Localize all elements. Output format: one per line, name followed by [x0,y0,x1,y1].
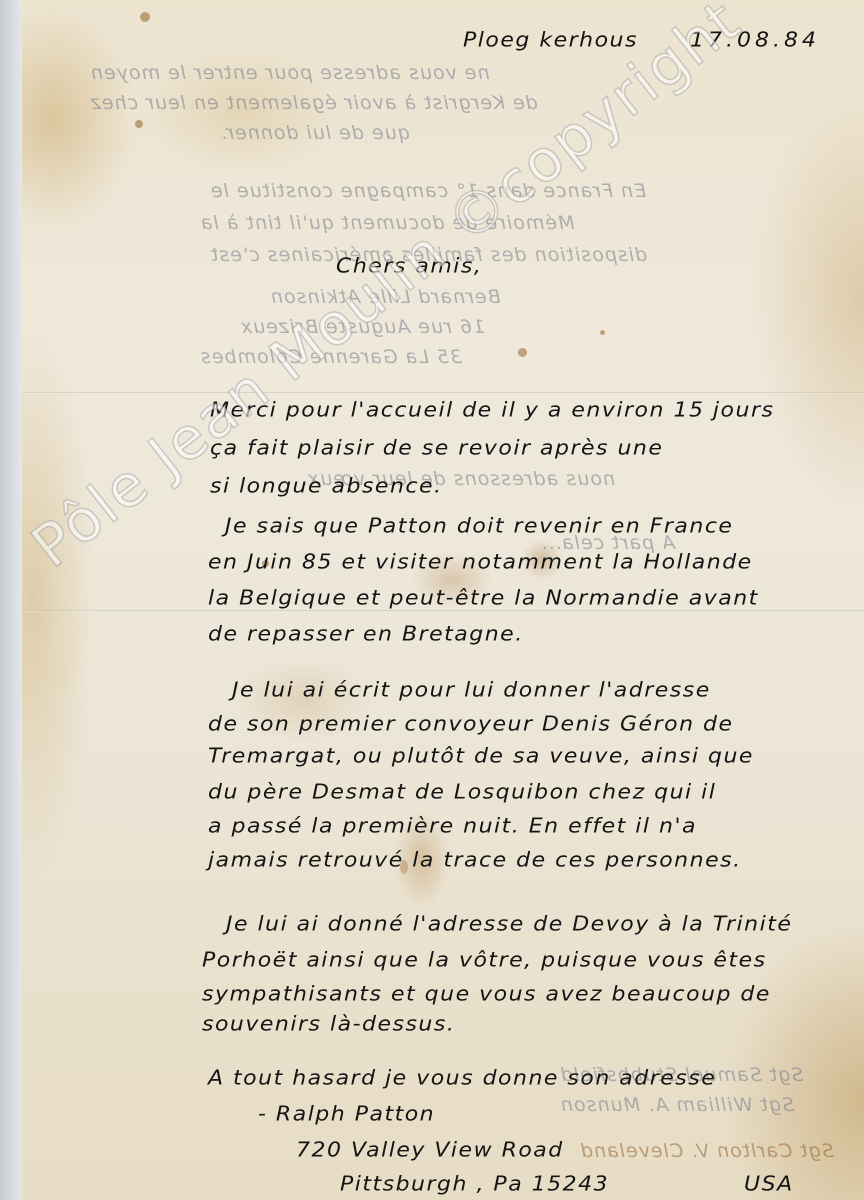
paragraph-line: Je lui ai donné l'adresse de Devoy à la … [226,913,792,936]
paper-fold-line [22,610,864,612]
bleed-through-text: En France dans 1° campagne constitue le [210,180,646,202]
closing-line: A tout hasard je vous donne son adresse [208,1067,716,1090]
paragraph-line: du père Desmat de Losquibon chez qui il [208,781,716,804]
paragraph-line: la Belgique et peut-être la Normandie av… [208,587,759,610]
address-street: 720 Valley View Road [296,1139,564,1162]
paragraph-line: Porhoët ainsi que la vôtre, puisque vous… [202,949,767,972]
address-country: USA [744,1173,794,1196]
stain-spot [518,348,527,357]
bleed-through-text: Sgt William A. Munson [560,1094,794,1116]
bleed-through-text: que de lui donner. [220,122,410,144]
paragraph-line: de son premier convoyeur Denis Géron de [208,713,734,736]
bleed-through-text: Sgt Carlton V. Cleveland [580,1140,834,1162]
letter-place: Ploeg kerhous [463,29,638,52]
stain-spot [135,120,143,128]
paragraph-line: Je sais que Patton doit revenir en Franc… [225,515,733,538]
paragraph-line: si longue absence. [210,475,443,498]
paragraph-line: sympathisants et que vous avez beaucoup … [202,983,771,1006]
bleed-through-text: ne vous adresse pour entrer le moyen [90,62,490,84]
paragraph-line: Tremargat, ou plutôt de sa veuve, ainsi … [208,745,754,768]
paragraph-line: ça fait plaisir de se revoir après une [210,437,663,460]
stain-spot [600,330,605,335]
address-city: Pittsburgh , Pa 15243 [340,1173,609,1196]
paragraph-line: Merci pour l'accueil de il y a environ 1… [210,399,774,422]
stain-spot [140,12,150,22]
paragraph-line: a passé la première nuit. En effet il n'… [208,815,697,838]
scan-border [0,0,22,1200]
paragraph-line: Je lui ai écrit pour lui donner l'adress… [232,679,711,702]
paragraph-line: en Juin 85 et visiter notamment la Holla… [208,551,753,574]
paragraph-line: souvenirs là-dessus. [202,1013,455,1036]
address-name: - Ralph Patton [258,1103,435,1126]
bleed-through-text: de Kergrist à avoir également en leur ch… [90,92,538,114]
paragraph-line: jamais retrouvé la trace de ces personne… [208,849,742,872]
paragraph-line: de repasser en Bretagne. [208,623,524,646]
paper-fold-line [22,392,864,394]
